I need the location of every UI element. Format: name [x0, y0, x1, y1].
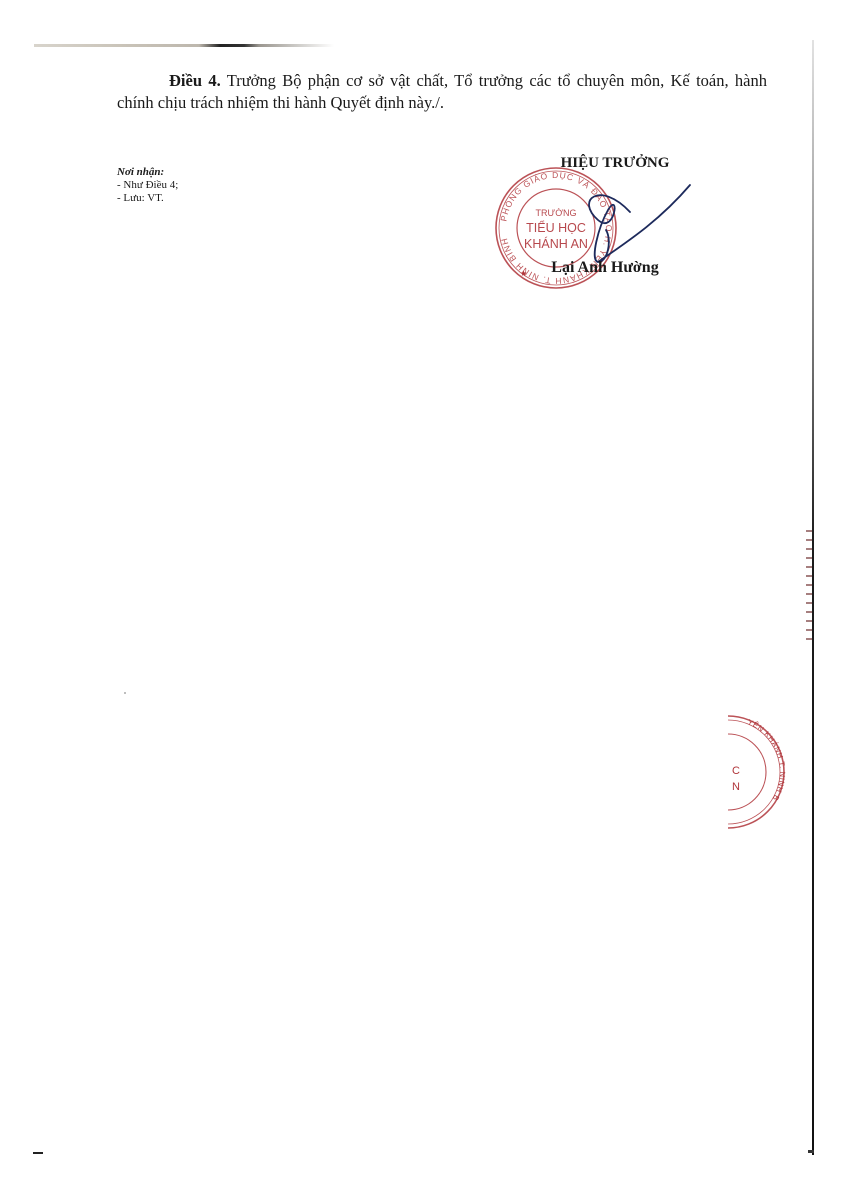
- svg-text:KHÁNH AN: KHÁNH AN: [524, 236, 588, 251]
- recipient-item: - Lưu: VT.: [117, 192, 178, 205]
- svg-text:YÊN KHÁNH T. NINH B: YÊN KHÁNH T. NINH B: [746, 717, 787, 802]
- scan-artifact-top: [34, 44, 334, 47]
- corner-mark: [33, 1152, 43, 1154]
- svg-text:TRƯỜNG: TRƯỜNG: [536, 208, 577, 218]
- partial-seal-icon: YÊN KHÁNH T. NINH B C N: [728, 712, 788, 832]
- recipient-item: - Như Điều 4;: [117, 179, 178, 192]
- article-label: Điều 4.: [169, 71, 221, 90]
- svg-text:C: C: [732, 765, 740, 777]
- article-4-paragraph: Điều 4. Trưởng Bộ phận cơ sở vật chất, T…: [117, 70, 767, 114]
- recipients-block: Nơi nhận: - Như Điều 4; - Lưu: VT.: [117, 166, 178, 205]
- page-edge-corner: [808, 1150, 814, 1153]
- signer-name: Lại Anh Hường: [520, 259, 690, 277]
- recipients-title: Nơi nhận:: [117, 166, 178, 179]
- page-edge-marks: [806, 530, 812, 640]
- page-edge-line: [812, 40, 814, 1155]
- scan-speck: [124, 692, 126, 694]
- svg-text:N: N: [732, 781, 740, 793]
- svg-text:TIỂU HỌC: TIỂU HỌC: [526, 220, 586, 235]
- signer-title: HIỆU TRƯỞNG: [540, 155, 690, 172]
- signature-block: PHÒNG GIÁO DỤC VÀ ĐÀO TẠO H. YÊN KHÁNH T…: [480, 150, 720, 290]
